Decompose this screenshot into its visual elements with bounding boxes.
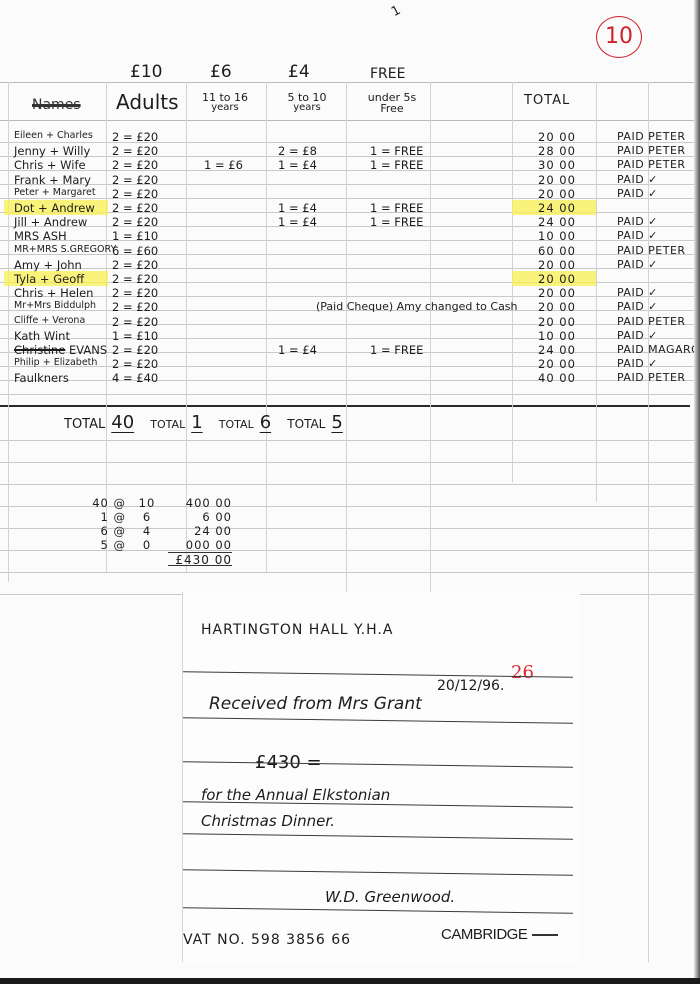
row-name: Faulkners [14, 371, 110, 385]
row-total: 20 00 [538, 300, 594, 314]
calc-sum: £430 00 [168, 552, 232, 566]
row-name: Mr+Mrs Biddulph [14, 300, 110, 311]
row-paid-status: PAID ✓ [617, 229, 658, 242]
row-5-10: 1 = £4 [278, 215, 317, 229]
receipt-purpose-line2: Christmas Dinner. [201, 812, 335, 830]
row-paid-status: PAID PETER [617, 244, 686, 257]
table-row: Amy + John2 = £2020 00PAID ✓ [0, 258, 700, 272]
row-total: 20 00 [538, 272, 594, 286]
row-total: 20 00 [538, 286, 594, 300]
row-5-10: 1 = £4 [278, 201, 317, 215]
row-under5-free: 1 = FREE [370, 343, 423, 357]
row-adults: 6 = £60 [112, 244, 158, 258]
price-11-16: £6 [210, 62, 232, 82]
row-paid-status: PAID PETER [617, 158, 686, 171]
row-paid-status: PAID PETER [617, 315, 686, 328]
table-row: Chris + Helen2 = £2020 00PAID ✓ [0, 286, 700, 300]
row-name: Kath Wint [14, 329, 110, 343]
row-adults: 2 = £20 [112, 173, 158, 187]
table-row: Tyla + Geoff2 = £2020 00 [0, 272, 700, 286]
row-total: 20 00 [538, 357, 594, 371]
row-name: Jenny + Willy [14, 144, 110, 158]
row-paid-status: PAID PETER [617, 371, 686, 384]
row-name: Chris + Wife [14, 158, 110, 172]
total-adults: 40 [111, 412, 134, 433]
row-total: 28 00 [538, 144, 594, 158]
col-head-under5: under 5s Free [362, 92, 422, 114]
row-total: 60 00 [538, 244, 594, 258]
total-free: 5 [331, 412, 342, 433]
receipt-vat-number: VAT NO. 598 3856 66 [183, 932, 351, 948]
row-paid-status: PAID PETER [617, 130, 686, 143]
row-paid-status: PAID ✓ [617, 215, 658, 228]
row-adults: 2 = £20 [112, 286, 158, 300]
row-adults: 2 = £20 [112, 130, 158, 144]
table-row: MR+MRS S.GREGORY6 = £6060 00PAID PETER [0, 244, 700, 258]
row-name: Tyla + Geoff [14, 272, 110, 286]
row-name: Cliffe + Verona [14, 315, 110, 326]
row-paid-status: PAID ✓ [617, 286, 658, 299]
row-name: MR+MRS S.GREGORY [14, 244, 110, 255]
receipt-stamp-number: 26 [511, 662, 534, 683]
table-row: Philip + Elizabeth2 = £2020 00PAID ✓ [0, 357, 700, 371]
table-row: Cliffe + Verona2 = £2020 00PAID PETER [0, 315, 700, 329]
row-adults: 2 = £20 [112, 215, 158, 229]
row-adults: 2 = £20 [112, 343, 158, 357]
row-total: 40 00 [538, 371, 594, 385]
row-paid-status: PAID ✓ [617, 258, 658, 271]
table-row: Peter + Margaret2 = £2020 00PAID ✓ [0, 187, 700, 201]
table-row: Kath Wint1 = £1010 00PAID ✓ [0, 329, 700, 343]
row-11-16: 1 = £6 [204, 158, 243, 172]
row-adults: 4 = £40 [112, 371, 158, 385]
page-edge-shadow [694, 0, 700, 984]
row-name: Dot + Andrew [14, 201, 110, 215]
price-free: FREE [370, 66, 405, 82]
row-note: (Paid Cheque) Amy changed to Cash [316, 300, 518, 313]
table-row: Frank + Mary2 = £2020 00PAID ✓ [0, 173, 700, 187]
row-name: Jill + Andrew [14, 215, 110, 229]
row-paid-status: PAID ✓ [617, 357, 658, 370]
row-5-10: 1 = £4 [278, 343, 317, 357]
row-adults: 2 = £20 [112, 357, 158, 371]
receipt-signature: W.D. Greenwood. [325, 888, 455, 906]
row-paid-status: PAID ✓ [617, 173, 658, 186]
row-name: Peter + Margaret [14, 187, 110, 198]
calc-row: 40 @10400 00 [88, 496, 232, 510]
row-under5-free: 1 = FREE [370, 215, 423, 229]
row-name: Frank + Mary [14, 173, 110, 187]
col-head-5-10: 5 to 10 years [282, 92, 332, 113]
row-name: Philip + Elizabeth [14, 357, 110, 368]
row-paid-status: PAID ✓ [617, 300, 658, 313]
table-row: Christine EVANS2 = £201 = £41 = FREE24 0… [0, 343, 700, 357]
row-adults: 2 = £20 [112, 187, 158, 201]
row-total: 20 00 [538, 315, 594, 329]
row-total: 24 00 [538, 215, 594, 229]
row-name: Chris + Helen [14, 286, 110, 300]
row-name: Amy + John [14, 258, 110, 272]
receipt-date: 20/12/96. [437, 678, 504, 694]
row-total: 20 00 [538, 130, 594, 144]
row-adults: 1 = £10 [112, 229, 158, 243]
row-adults: 2 = £20 [112, 272, 158, 286]
table-row: Jill + Andrew2 = £201 = £41 = FREE24 00P… [0, 215, 700, 229]
table-row: Jenny + Willy2 = £202 = £81 = FREE28 00P… [0, 144, 700, 158]
row-paid-status: PAID MAGARG [617, 343, 700, 356]
row-paid-status: PAID PETER [617, 144, 686, 157]
total-11-16: 1 [191, 412, 202, 433]
col-head-adults: Adults [116, 92, 179, 112]
row-total: 20 00 [538, 173, 594, 187]
row-under5-free: 1 = FREE [370, 144, 423, 158]
row-total: 10 00 [538, 329, 594, 343]
row-total: 30 00 [538, 158, 594, 172]
col-head-names: Names [32, 98, 81, 112]
price-5-10: £4 [288, 62, 310, 82]
row-total: 10 00 [538, 229, 594, 243]
row-name: Eileen + Charles [14, 130, 110, 141]
row-paid-status: PAID ✓ [617, 329, 658, 342]
table-row: Eileen + Charles2 = £2020 00PAID PETER [0, 130, 700, 144]
cambridge-brand-logo: CAMBRIDGE [441, 926, 558, 943]
row-5-10: 2 = £8 [278, 144, 317, 158]
calc-row: 5 @0000 00 [88, 538, 232, 552]
table-row: Mr+Mrs Biddulph2 = £20(Paid Cheque) Amy … [0, 300, 700, 314]
col-head-total: TOTAL [524, 94, 570, 107]
row-adults: 2 = £20 [112, 158, 158, 172]
receipt-received-from: Received from Mrs Grant [209, 694, 422, 714]
row-adults: 2 = £20 [112, 201, 158, 215]
row-name: Christine EVANS [14, 343, 110, 357]
row-total: 24 00 [538, 201, 594, 215]
receipt-header: HARTINGTON HALL Y.H.A [201, 622, 393, 638]
table-row: Chris + Wife2 = £201 = £61 = £41 = FREE3… [0, 158, 700, 172]
row-adults: 2 = £20 [112, 144, 158, 158]
totals-line: TOTAL40 TOTAL1 TOTAL6 TOTAL5 [64, 412, 355, 433]
page-bottom-edge [0, 978, 700, 984]
calc-row: 1 @66 00 [88, 510, 232, 524]
row-total: 20 00 [538, 187, 594, 201]
table-row: Faulkners4 = £4040 00PAID PETER [0, 371, 700, 385]
total-5-10: 6 [260, 412, 271, 433]
row-5-10: 1 = £4 [278, 158, 317, 172]
row-under5-free: 1 = FREE [370, 158, 423, 172]
row-name: MRS ASH [14, 229, 110, 243]
row-adults: 2 = £20 [112, 258, 158, 272]
calculation: 40 @10400 00 1 @66 00 6 @424 00 5 @0000 … [88, 496, 232, 566]
receipt-slip: HARTINGTON HALL Y.H.A 26 20/12/96. Recei… [182, 592, 580, 962]
calc-row: 6 @424 00 [88, 524, 232, 538]
table-row: Dot + Andrew2 = £201 = £41 = FREE24 00 [0, 201, 700, 215]
table-row: MRS ASH1 = £1010 00PAID ✓ [0, 229, 700, 243]
page-number: 10 [596, 16, 642, 58]
row-under5-free: 1 = FREE [370, 201, 423, 215]
col-head-11-16: 11 to 16 years [200, 92, 250, 113]
row-adults: 1 = £10 [112, 329, 158, 343]
price-adults: £10 [130, 62, 162, 82]
row-paid-status: PAID ✓ [617, 187, 658, 200]
row-total: 24 00 [538, 343, 594, 357]
row-total: 20 00 [538, 258, 594, 272]
row-adults: 2 = £20 [112, 300, 158, 314]
row-adults: 2 = £20 [112, 315, 158, 329]
corner-scribble: 1 [389, 3, 403, 20]
